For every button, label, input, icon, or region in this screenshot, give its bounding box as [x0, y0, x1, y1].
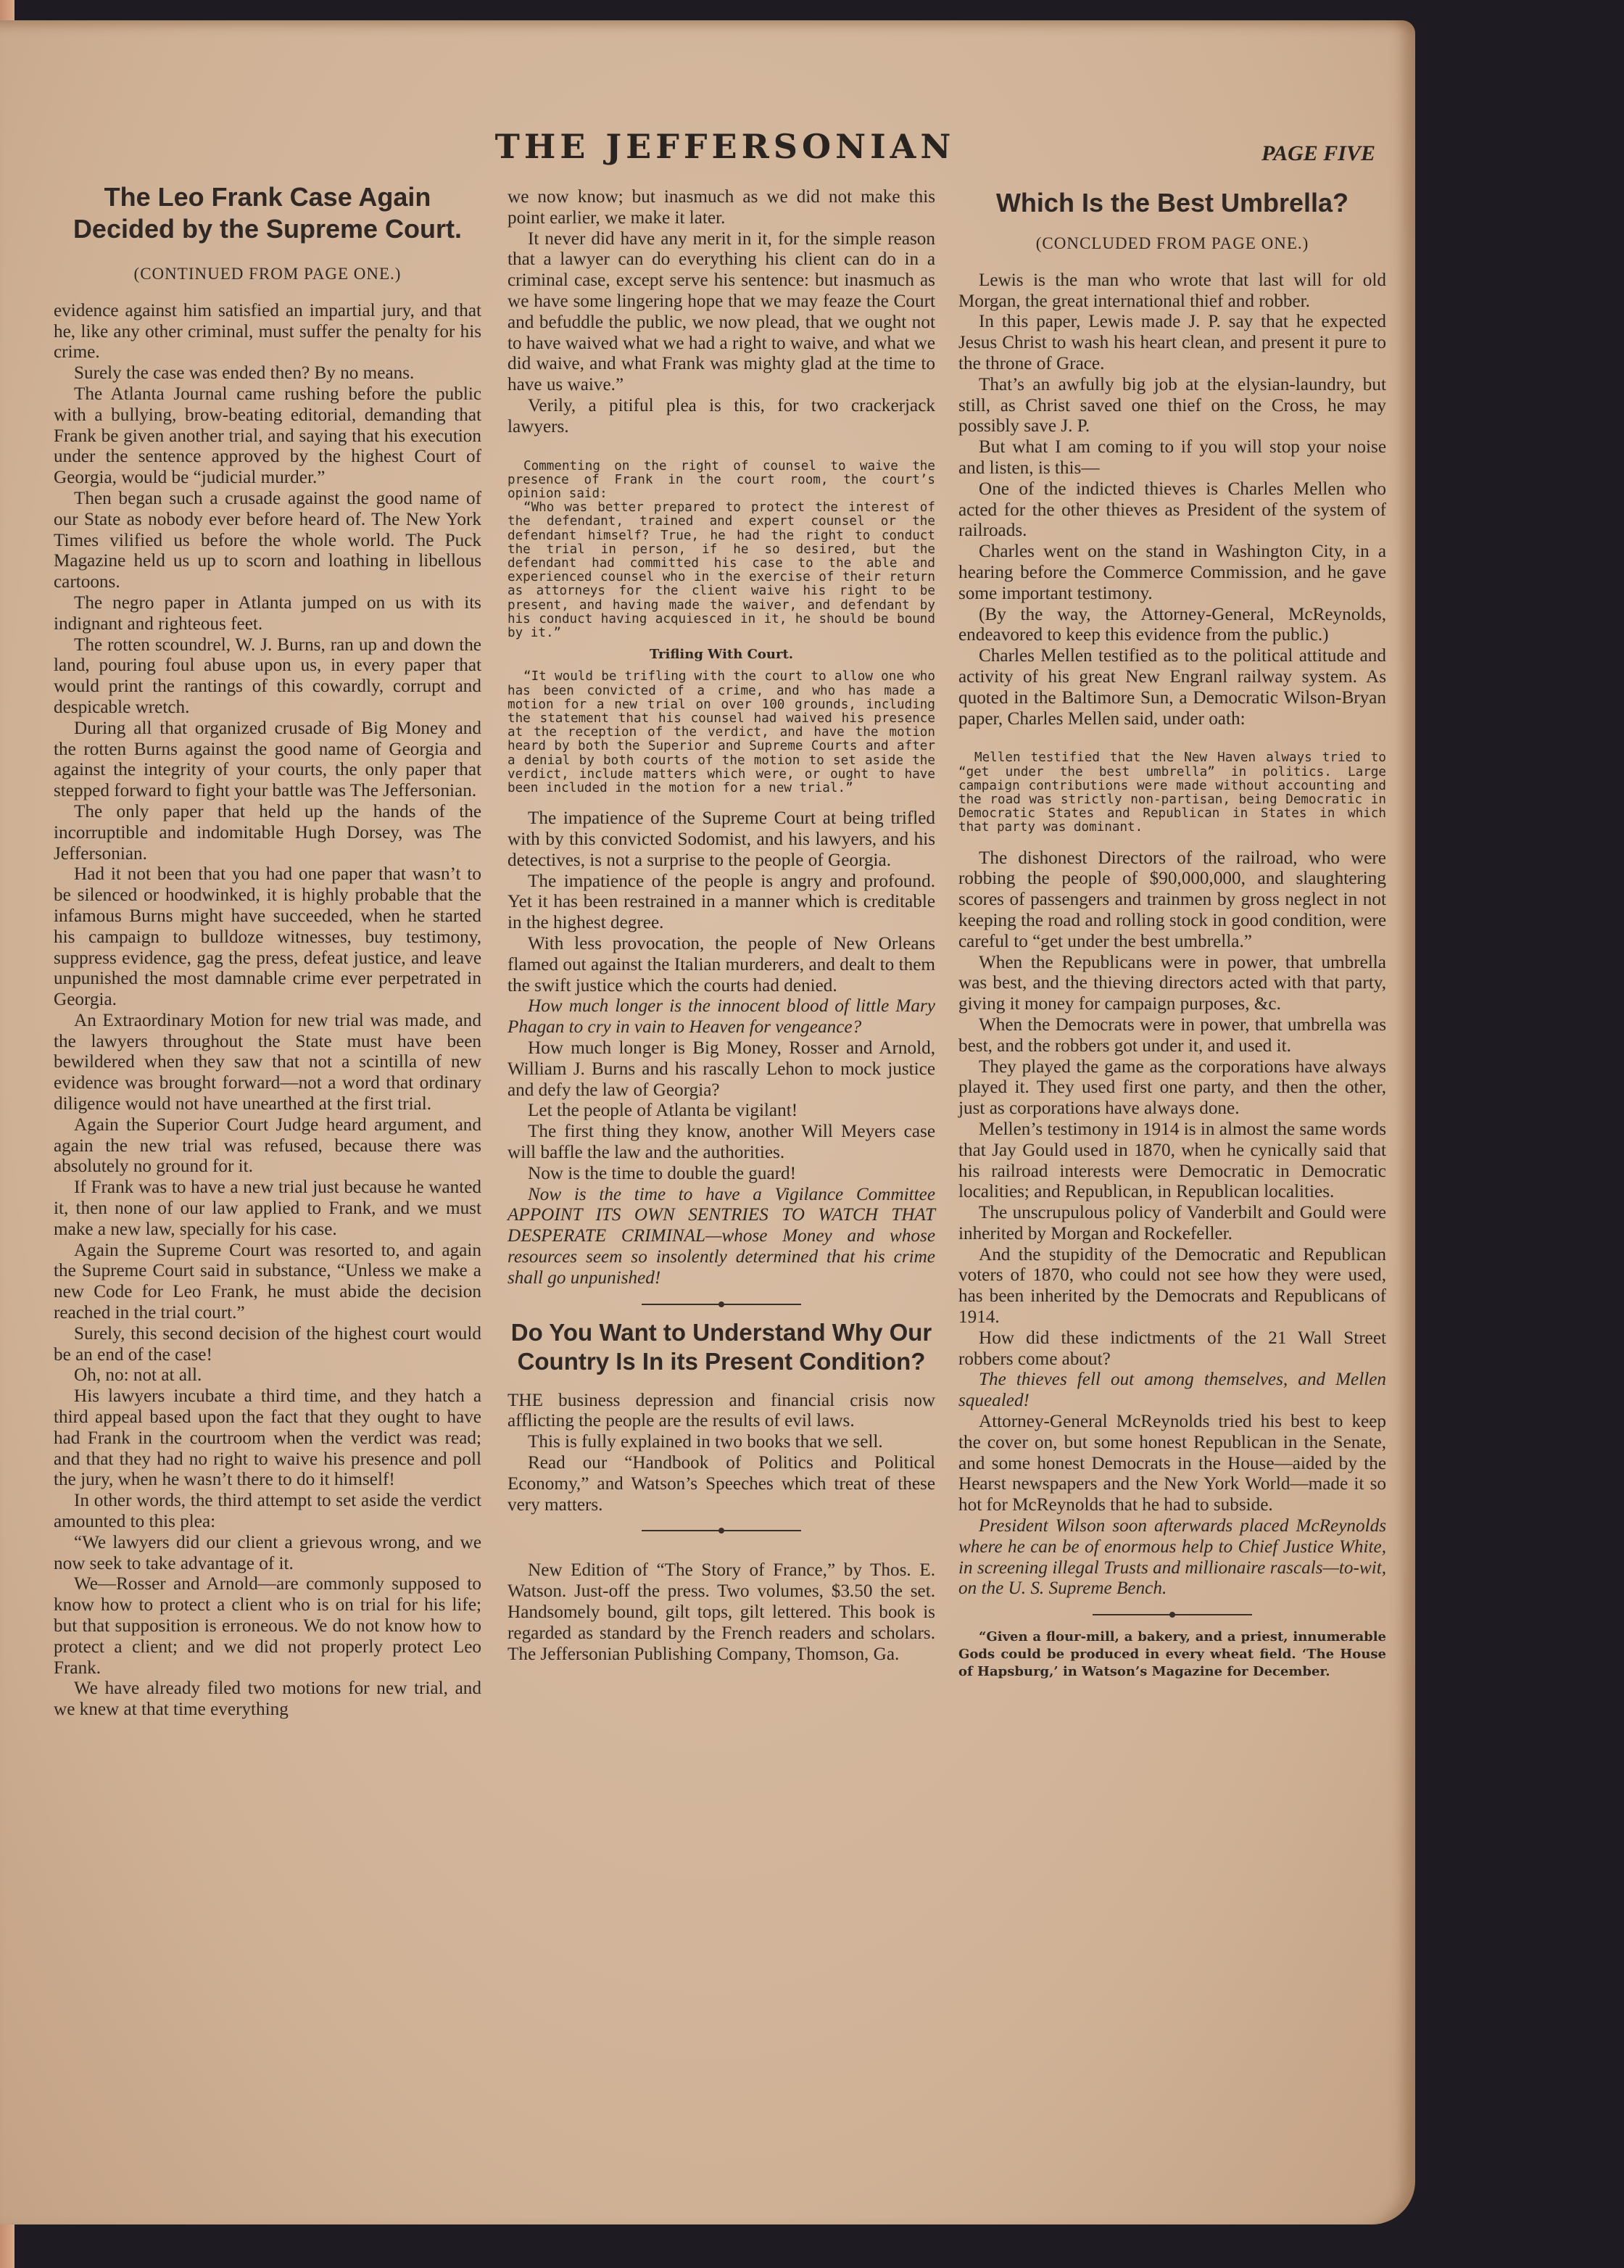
article-paragraph: That’s an awfully big job at the elysian… — [958, 375, 1386, 437]
article-paragraph: Then began such a crusade against the go… — [54, 489, 481, 593]
court-opinion-quote: Commenting on the right of counsel to wa… — [507, 460, 935, 796]
article-paragraph: Oh, no: not at all. — [54, 1365, 481, 1386]
article-paragraph: (By the way, the Attorney-General, McRey… — [958, 605, 1386, 647]
article-paragraph: We—Rosser and Arnold—are commonly suppos… — [54, 1574, 481, 1679]
closing-quote-note: “Given a flour-mill, a bakery, and a pri… — [958, 1628, 1386, 1681]
article-headline-umbrella: Which Is the Best Umbrella? — [958, 187, 1386, 219]
article-paragraph: The impatience of the Supreme Court at b… — [507, 808, 935, 871]
article-paragraph: His lawyers incubate a third time, and t… — [54, 1386, 481, 1491]
article-paragraph: The impatience of the people is angry an… — [507, 872, 935, 934]
article-paragraph: The only paper that held up the hands of… — [54, 802, 481, 864]
article-paragraph: An Extraordinary Motion for new trial wa… — [54, 1011, 481, 1115]
ad-headline: Do You Want to Understand Why Our Countr… — [507, 1318, 935, 1376]
continued-note: (CONTINUED FROM PAGE ONE.) — [54, 264, 481, 285]
quote-paragraph: “It would be trifling with the court to … — [507, 670, 935, 795]
article-paragraph: Surely, this second decision of the high… — [54, 1324, 481, 1366]
article-paragraph: During all that organized crusade of Big… — [54, 719, 481, 802]
article-headline-leo-frank: The Leo Frank Case Again Decided by the … — [54, 181, 481, 245]
article-paragraph: One of the indicted thieves is Charles M… — [958, 479, 1386, 542]
article-paragraph: In other words, the third attempt to set… — [54, 1491, 481, 1533]
article-paragraph: The negro paper in Atlanta jumped on us … — [54, 593, 481, 635]
article-paragraph: They played the game as the corporations… — [958, 1057, 1386, 1119]
quote-paragraph: Mellen testified that the New Haven alwa… — [958, 751, 1386, 835]
article-paragraph: The Atlanta Journal came rushing before … — [54, 384, 481, 489]
article-paragraph: But what I am coming to if you will stop… — [958, 437, 1386, 479]
section-divider — [1093, 1614, 1252, 1615]
column-3: Which Is the Best Umbrella? (CONCLUDED F… — [958, 187, 1386, 1681]
article-paragraph: Surely the case was ended then? By no me… — [54, 363, 481, 384]
article-paragraph: It never did have any merit in it, for t… — [507, 229, 935, 396]
article-paragraph: When the Democrats were in power, that u… — [958, 1015, 1386, 1057]
ad-paragraph: This is fully explained in two books tha… — [507, 1432, 935, 1453]
column-1: The Leo Frank Case Again Decided by the … — [54, 181, 481, 1721]
ad-paragraph: Read our “Handbook of Politics and Polit… — [507, 1453, 935, 1515]
article-paragraph: evidence against him satisfied an impart… — [54, 301, 481, 363]
article-paragraph: Let the people of Atlanta be vigilant! — [507, 1101, 935, 1122]
ad-paragraph: THE business depression and financial cr… — [507, 1391, 935, 1433]
article-paragraph: The first thing they know, another Will … — [507, 1122, 935, 1164]
article-paragraph: Had it not been that you had one paper t… — [54, 864, 481, 1011]
quote-subheading: Trifling With Court. — [507, 647, 935, 661]
article-paragraph: Attorney-General McReynolds tried his be… — [958, 1412, 1386, 1516]
article-paragraph: Again the Superior Court Judge heard arg… — [54, 1115, 481, 1178]
quote-paragraph: “Who was better prepared to protect the … — [507, 501, 935, 640]
article-paragraph: Lewis is the man who wrote that last wil… — [958, 270, 1386, 313]
article-paragraph: “We lawyers did our client a grievous wr… — [54, 1533, 481, 1575]
article-paragraph: We have already filed two motions for ne… — [54, 1679, 481, 1721]
article-paragraph-italic: How much longer is the innocent blood of… — [507, 996, 935, 1038]
page-number-label: PAGE FIVE — [1261, 141, 1375, 166]
article-paragraph: The rotten scoundrel, W. J. Burns, ran u… — [54, 635, 481, 719]
section-divider — [642, 1304, 801, 1305]
article-paragraph: When the Republicans were in power, that… — [958, 953, 1386, 1015]
article-paragraph: The unscrupulous policy of Vanderbilt an… — [958, 1203, 1386, 1245]
mellen-testimony-quote: Mellen testified that the New Haven alwa… — [958, 751, 1386, 835]
book-notice: New Edition of “The Story of France,” by… — [507, 1560, 935, 1665]
article-paragraph: If Frank was to have a new trial just be… — [54, 1178, 481, 1240]
concluded-note: (CONCLUDED FROM PAGE ONE.) — [958, 233, 1386, 254]
column-2: we now know; but inasmuch as we did not … — [507, 187, 935, 1665]
article-paragraph: How much longer is Big Money, Rosser and… — [507, 1038, 935, 1101]
article-paragraph: With less provocation, the people of New… — [507, 934, 935, 996]
article-paragraph: Now is the time to double the guard! — [507, 1164, 935, 1185]
quote-paragraph: Commenting on the right of counsel to wa… — [507, 460, 935, 502]
article-paragraph: Mellen’s testimony in 1914 is in almost … — [958, 1119, 1386, 1203]
article-paragraph-italic: President Wilson soon afterwards placed … — [958, 1516, 1386, 1599]
article-paragraph: How did these indictments of the 21 Wall… — [958, 1328, 1386, 1370]
article-paragraph: The dishonest Directors of the railroad,… — [958, 848, 1386, 953]
article-paragraph-italic: Now is the time to have a Vigilance Comm… — [507, 1185, 935, 1289]
article-paragraph: we now know; but inasmuch as we did not … — [507, 187, 935, 229]
masthead: THE JEFFERSONIAN — [478, 127, 971, 166]
article-paragraph: Again the Supreme Court was resorted to,… — [54, 1241, 481, 1324]
article-paragraph: Charles went on the stand in Washington … — [958, 542, 1386, 604]
article-paragraph: Verily, a pitiful plea is this, for two … — [507, 396, 935, 438]
section-divider — [642, 1530, 801, 1531]
article-paragraph: Charles Mellen testified as to the polit… — [958, 646, 1386, 729]
article-paragraph: And the stupidity of the Democratic and … — [958, 1245, 1386, 1328]
article-paragraph-italic: The thieves fell out among themselves, a… — [958, 1370, 1386, 1412]
article-paragraph: In this paper, Lewis made J. P. say that… — [958, 312, 1386, 374]
